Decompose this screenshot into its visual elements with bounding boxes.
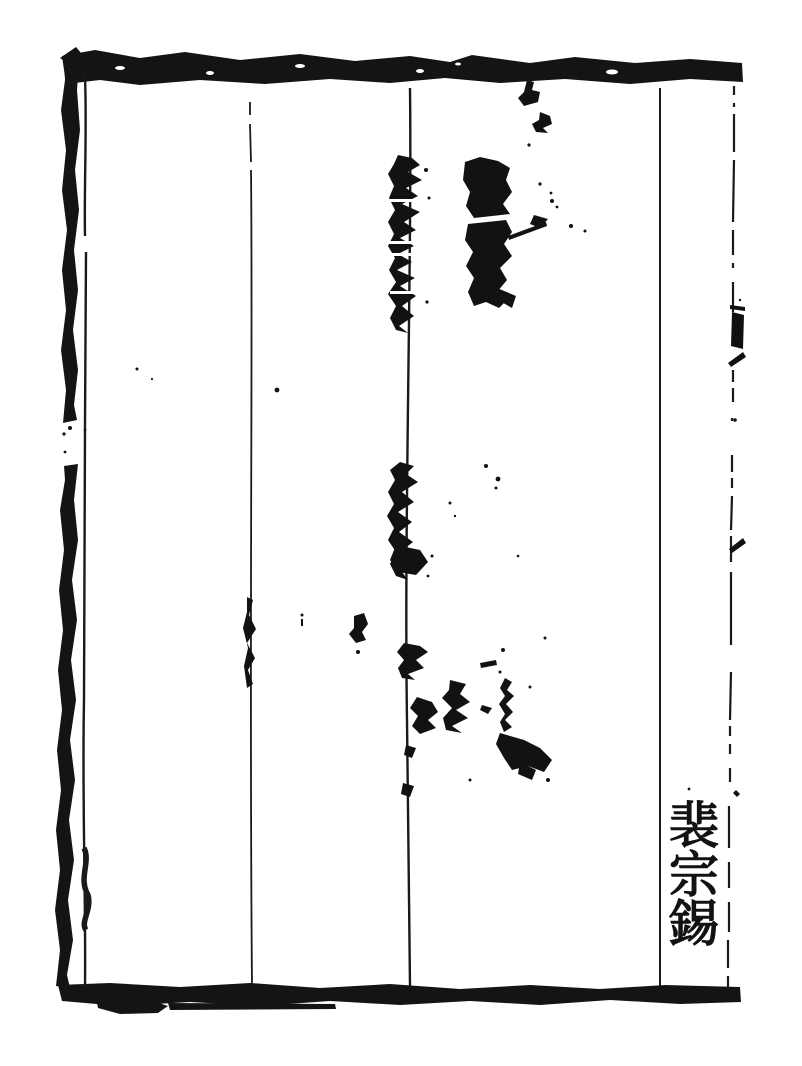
fold-tick — [733, 790, 740, 797]
ink-cluster-dash — [480, 660, 497, 668]
column-divider-2 — [406, 88, 410, 986]
name-column: 裴 宗 錫 — [662, 801, 726, 948]
ink-cluster-left — [410, 697, 438, 734]
top-border — [62, 50, 743, 85]
ink-online-mark-2 — [401, 783, 414, 797]
scanned-book-page: 裴 宗 錫 — [0, 0, 802, 1066]
left-border-band-upper — [61, 59, 80, 423]
column-divider-1 — [250, 102, 252, 986]
name-char-1: 裴 — [669, 801, 719, 850]
column-divider-3 — [660, 88, 661, 986]
ink-mark-top-2 — [532, 112, 552, 133]
ink-cluster-right-strip — [499, 678, 514, 732]
ink-smudge-blob-upper-main — [463, 157, 512, 218]
ink-blot-small — [349, 613, 368, 643]
ink-cluster-online — [397, 643, 428, 680]
left-border-band-lower — [55, 464, 78, 988]
name-char-3: 錫 — [669, 899, 719, 948]
ink-cluster-small — [480, 705, 492, 714]
ink-smudges — [136, 80, 691, 797]
left-inner-line-thickening — [84, 848, 89, 930]
fold-slash-upper — [728, 352, 746, 367]
right-fold-dashed-line — [728, 86, 734, 990]
ink-smudge-column1-thickening — [243, 597, 256, 688]
name-char-2: 宗 — [669, 850, 719, 899]
fold-marks — [728, 299, 746, 797]
ink-cluster-mid — [442, 680, 470, 733]
ink-mark-top-1 — [518, 80, 540, 106]
ink-online-mark-1 — [404, 745, 416, 758]
fold-black-block — [731, 312, 744, 349]
bottom-border — [58, 983, 741, 1006]
bottom-border-smear-thin — [168, 1003, 336, 1010]
